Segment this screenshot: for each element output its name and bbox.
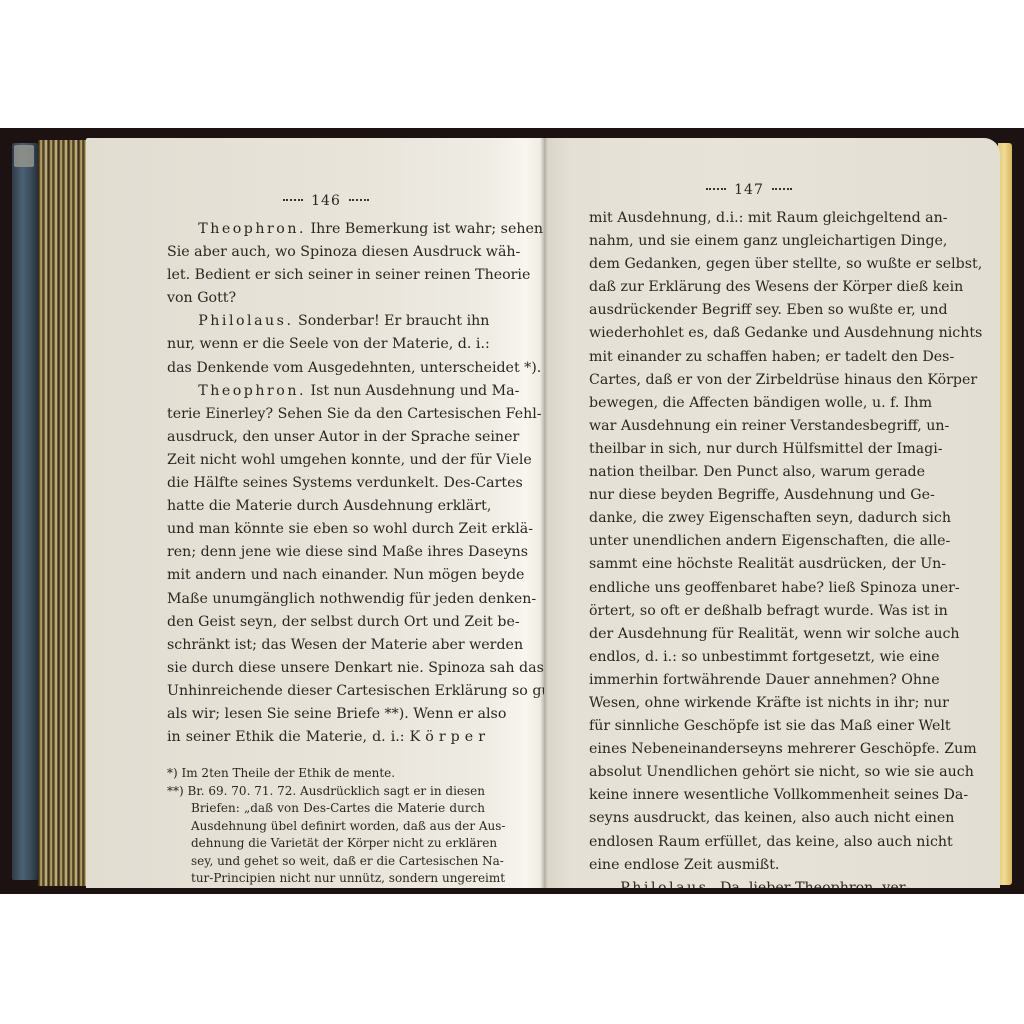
page-number-right: 147 — [589, 181, 909, 199]
right-text-column: 147 mit Ausdehnung, d.i.: mit Raum gleic… — [589, 181, 909, 888]
text-line: die Hälfte seines Systems verdunkelt. De… — [167, 472, 485, 495]
text-line: den Geist seyn, der selbst durch Ort und… — [167, 611, 485, 634]
footnote-line: tur-Principien nicht nur unnütz, sondern… — [167, 870, 485, 888]
text-line: danke, die zwey Eigenschaften seyn, dadu… — [589, 507, 909, 530]
text-line: seyns ausdruckt, das keinen, also auch n… — [589, 807, 909, 830]
text-line: und man könnte sie eben so wohl durch Ze… — [167, 518, 485, 541]
text-line: mit einander zu schaffen haben; er tadel… — [589, 346, 909, 369]
page-number-left: 146 — [167, 192, 485, 210]
folio-ornament — [706, 188, 726, 193]
folio-number: 147 — [734, 182, 764, 198]
cover-label — [14, 145, 34, 167]
text-line: Philolaus. Sonderbar! Er braucht ihn — [167, 310, 485, 333]
speaker-name: Theophron. — [198, 383, 306, 399]
text-line: nation theilbar. Den Punct also, warum g… — [589, 461, 909, 484]
photo-stage: 146 Theophron. Ihre Bemerkung ist wahr; … — [0, 0, 1024, 1024]
text-line: bewegen, die Affecten bändigen wolle, u.… — [589, 392, 909, 415]
text-line: endliche uns geoffenbaret habe? ließ Spi… — [589, 577, 909, 600]
text-line: Maße unumgänglich nothwendig für jeden d… — [167, 588, 485, 611]
text-line: als wir; lesen Sie seine Briefe **). Wen… — [167, 703, 485, 726]
text-line: in seiner Ethik die Materie, d. i.: K ö … — [167, 726, 485, 749]
footnote-line: sey, und gehet so weit, daß er die Carte… — [167, 853, 485, 871]
speaker-name: Theophron. — [198, 221, 306, 237]
folio-ornament — [283, 199, 303, 204]
text-line: terie Einerley? Sehen Sie da den Cartesi… — [167, 403, 485, 426]
speaker-name: Philolaus. — [198, 313, 293, 329]
folio-ornament — [349, 199, 369, 204]
text-line: Philolaus. Da, lieber Theophron, ver- — [589, 877, 909, 888]
footnote-line: Ausdehnung übel definirt worden, daß aus… — [167, 818, 485, 836]
text-line: das Denkende vom Ausgedehnten, untersche… — [167, 357, 485, 380]
right-body-text: mit Ausdehnung, d.i.: mit Raum gleichgel… — [589, 207, 909, 888]
text-line: nur, wenn er die Seele von der Materie, … — [167, 333, 485, 356]
text-line: ausdrückender Begriff sey. Eben so wußte… — [589, 299, 909, 322]
folio-number: 146 — [311, 193, 341, 209]
text-line: ren; denn jene wie diese sind Maße ihres… — [167, 541, 485, 564]
text-line: eines Nebeneinanderseyns mehrerer Geschö… — [589, 738, 909, 761]
footnote-line: *) Im 2ten Theile der Ethik de mente. — [167, 765, 485, 783]
gutter — [540, 138, 548, 888]
text-line: sammt eine höchste Realität ausdrücken, … — [589, 553, 909, 576]
text-line: theilbar in sich, nur durch Hülfsmittel … — [589, 438, 909, 461]
left-body-text: Theophron. Ihre Bemerkung ist wahr; sehe… — [167, 218, 485, 749]
text-line: let. Bedient er sich seiner in seiner re… — [167, 264, 485, 287]
text-line: Cartes, daß er von der Zirbeldrüse hinau… — [589, 369, 909, 392]
book-cover-edge — [12, 143, 38, 880]
text-line: Theophron. Ihre Bemerkung ist wahr; sehe… — [167, 218, 485, 241]
text-line: nahm, und sie einem ganz ungleichartigen… — [589, 230, 909, 253]
text-line: nur diese beyden Begriffe, Ausdehnung un… — [589, 484, 909, 507]
footnote-line: dehnung die Varietät der Körper nicht zu… — [167, 835, 485, 853]
gilt-page-edges-right — [998, 143, 1012, 885]
text-line: eine endlose Zeit ausmißt. — [589, 854, 909, 877]
text-line: sie durch diese unsere Denkart nie. Spin… — [167, 657, 485, 680]
text-line: Sie aber auch, wo Spinoza diesen Ausdruc… — [167, 241, 485, 264]
text-line: für sinnliche Geschöpfe ist sie das Maß … — [589, 715, 909, 738]
text-line: der Ausdehnung für Realität, wenn wir so… — [589, 623, 909, 646]
text-line: Unhinreichende dieser Cartesischen Erklä… — [167, 680, 485, 703]
text-line: Zeit nicht wohl umgehen konnte, und der … — [167, 449, 485, 472]
footnote-line: Briefen: „daß von Des-Cartes die Materie… — [167, 800, 485, 818]
text-line: unter unendlichen andern Eigenschaften, … — [589, 530, 909, 553]
text-line: absolut Unendlichen gehört sie nicht, so… — [589, 761, 909, 784]
text-line: Wesen, ohne wirkende Kräfte ist nichts i… — [589, 692, 909, 715]
text-line: keine innere wesentliche Vollkommenheit … — [589, 784, 909, 807]
text-line: dem Gedanken, gegen über stellte, so wuß… — [589, 253, 909, 276]
text-line: daß zur Erklärung des Wesens der Körper … — [589, 276, 909, 299]
left-text-column: 146 Theophron. Ihre Bemerkung ist wahr; … — [167, 192, 485, 888]
text-line: Theophron. Ist nun Ausdehnung und Ma- — [167, 380, 485, 403]
speaker-name: Philolaus. — [620, 880, 715, 888]
text-line: war Ausdehnung ein reiner Verstandesbegr… — [589, 415, 909, 438]
text-line: von Gott? — [167, 287, 485, 310]
page-edges-left — [38, 140, 88, 886]
text-line: ausdruck, den unser Autor in der Sprache… — [167, 426, 485, 449]
text-line: wiederhohlet es, daß Gedanke und Ausdehn… — [589, 322, 909, 345]
text-line: mit Ausdehnung, d.i.: mit Raum gleichgel… — [589, 207, 909, 230]
text-line: immerhin fortwährende Dauer annehmen? Oh… — [589, 669, 909, 692]
text-line: endlos, d. i.: so unbestimmt fortgesetzt… — [589, 646, 909, 669]
text-line: hatte die Materie durch Ausdehnung erklä… — [167, 495, 485, 518]
text-line: schränkt ist; das Wesen der Materie aber… — [167, 634, 485, 657]
left-page: 146 Theophron. Ihre Bemerkung ist wahr; … — [86, 138, 544, 888]
text-line: mit andern und nach einander. Nun mögen … — [167, 564, 485, 587]
text-line: örtert, so oft er deßhalb befragt wurde.… — [589, 600, 909, 623]
text-line: endlosen Raum erfüllet, das keine, also … — [589, 831, 909, 854]
footnotes: *) Im 2ten Theile der Ethik de mente.**)… — [167, 765, 485, 888]
folio-ornament — [772, 188, 792, 193]
footnote-line: **) Br. 69. 70. 71. 72. Ausdrücklich sag… — [167, 783, 485, 801]
right-page: 147 mit Ausdehnung, d.i.: mit Raum gleic… — [544, 138, 1000, 888]
